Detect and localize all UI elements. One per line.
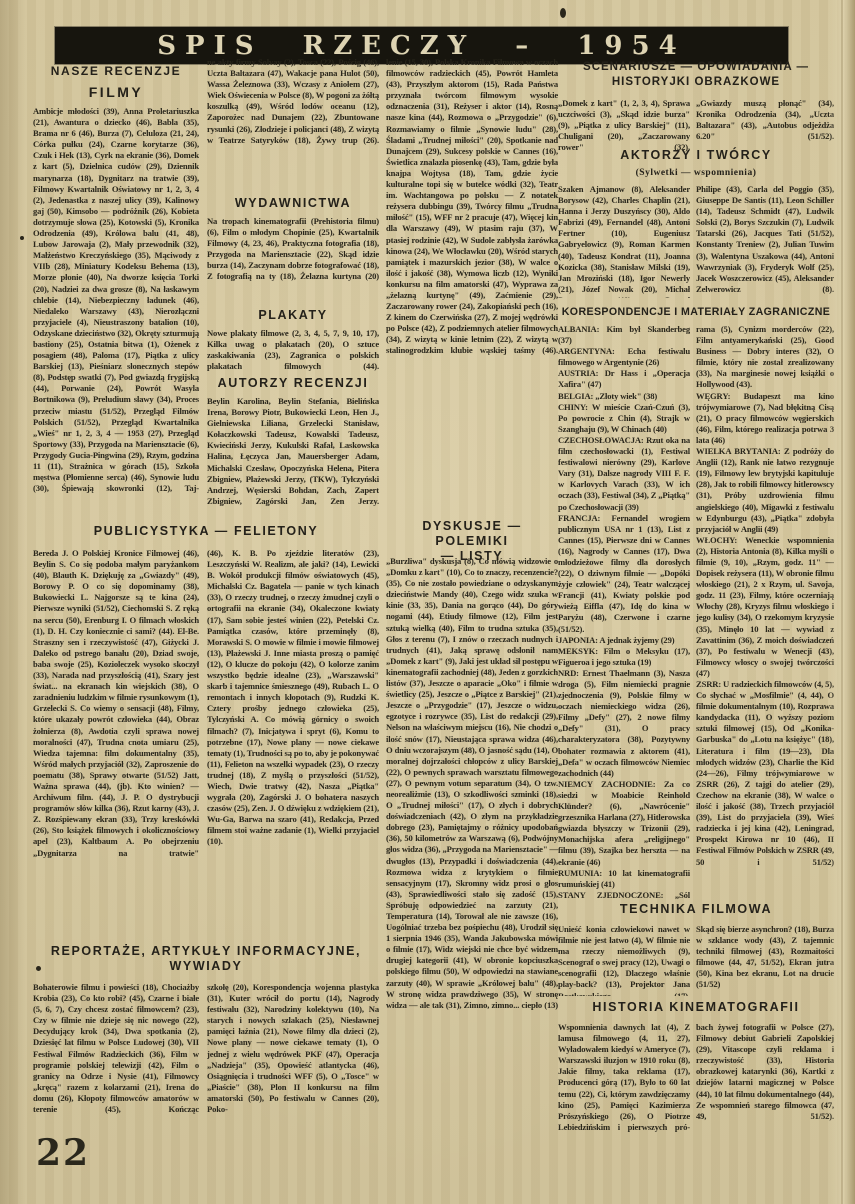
reportaze-col2: szkołę (20), Korespondencja wojenna plas… (207, 982, 379, 1142)
magazine-index-page: SPIS RZECZY – 1954 NASZE RECENZJE FILMY … (0, 0, 855, 1204)
section-heading-korespondencje: KORESPONDENCJE I MATERIAŁY ZAGRANICZNE (558, 305, 834, 320)
korespondencje-col4: ALBANIA: Kim był Skanderbeg (37) ARGENTY… (558, 324, 690, 900)
scan-artifact (36, 966, 41, 971)
section-heading-reportaze: REPORTAŻE, ARTYKUŁY INFORMACYJNE, WYWIAD… (33, 944, 379, 974)
section-heading-historia: HISTORIA KINEMATOGRAFII (558, 1000, 834, 1015)
filmy-list-col2: ne akty firmy Solvay (2), Tosca (22), Po… (207, 57, 379, 193)
section-heading-aktorzy: AKTORZY I TWÓRCY (558, 148, 834, 163)
historia-col5: bach żywej fotografii w Polsce (27), Fil… (696, 1022, 834, 1146)
scan-artifact (560, 8, 566, 18)
reportaze-col3: lenie (15, 30), Polska Kronika Filmowa w… (386, 57, 558, 515)
technika-col4: Unieść konia człowiekowi nawet w filmie … (558, 924, 690, 996)
section-heading-nasze-recenzje: NASZE RECENZJE (33, 64, 199, 79)
section-heading-technika: TECHNIKA FILMOWA (558, 902, 834, 917)
aktorzy-col5: Philipe (43), Carla del Poggio (35), Giu… (696, 184, 834, 298)
plakaty-list: Nowe plakaty filmowe (2, 3, 4, 5, 7, 9, … (207, 328, 379, 372)
section-heading-filmy: FILMY (33, 85, 199, 100)
autorzy-recenzji-list: Beylin Karolina, Beylin Stefania, Bieliń… (207, 396, 379, 522)
historia-col4: Wspomnienia dawnych lat (4), Z lamusa fi… (558, 1022, 690, 1146)
dyskusje-list: „Burzliwa" dyskusja (8), Co mówią widzow… (386, 556, 558, 1106)
page-number: 22 (36, 1132, 90, 1174)
section-heading-wydawnictwa: WYDAWNICTWA (207, 196, 379, 211)
page-crease (841, 0, 843, 1204)
wydawnictwa-list: Na tropach kinematografii (Prehistoria f… (207, 216, 379, 304)
section-heading-autorzy-recenzji: AUTORZY RECENZJI (207, 376, 379, 391)
scan-artifact (20, 236, 24, 240)
aktorzy-col4: Szaken Ajmanow (8), Aleksander Borysow (… (558, 184, 690, 298)
korespondencje-col5: rama (5), Cynizm morderców (22), Film an… (696, 324, 834, 896)
technika-col5: Skąd się bierze asynchron? (18), Burza w… (696, 924, 834, 996)
publicystyka-col1: Bereda J. O Polskiej Kronice Filmowej (4… (33, 548, 199, 942)
section-heading-plakaty: PLAKATY (207, 308, 379, 323)
filmy-list-col1: Ambicje młodości (39), Anna Proletariusz… (33, 106, 199, 522)
scenariusze-col4: „Domek z kart" (1, 2, 3, 4), Sprawa uczc… (558, 98, 690, 154)
section-heading-scenariusze: SCENARIUSZE — OPOWIADANIA — HISTORYJKI O… (558, 60, 834, 90)
aktorzy-subtitle: (Sylwetki — wspomnienia) (558, 166, 834, 181)
section-heading-publicystyka: PUBLICYSTYKA — FELIETONY (33, 524, 379, 539)
publicystyka-col2: (46), K. B. Po zjeździe literatów (23), … (207, 548, 379, 938)
scenariusze-col5: „Gwiazdy muszą płonąć" (34), Kronika Odr… (696, 98, 834, 154)
